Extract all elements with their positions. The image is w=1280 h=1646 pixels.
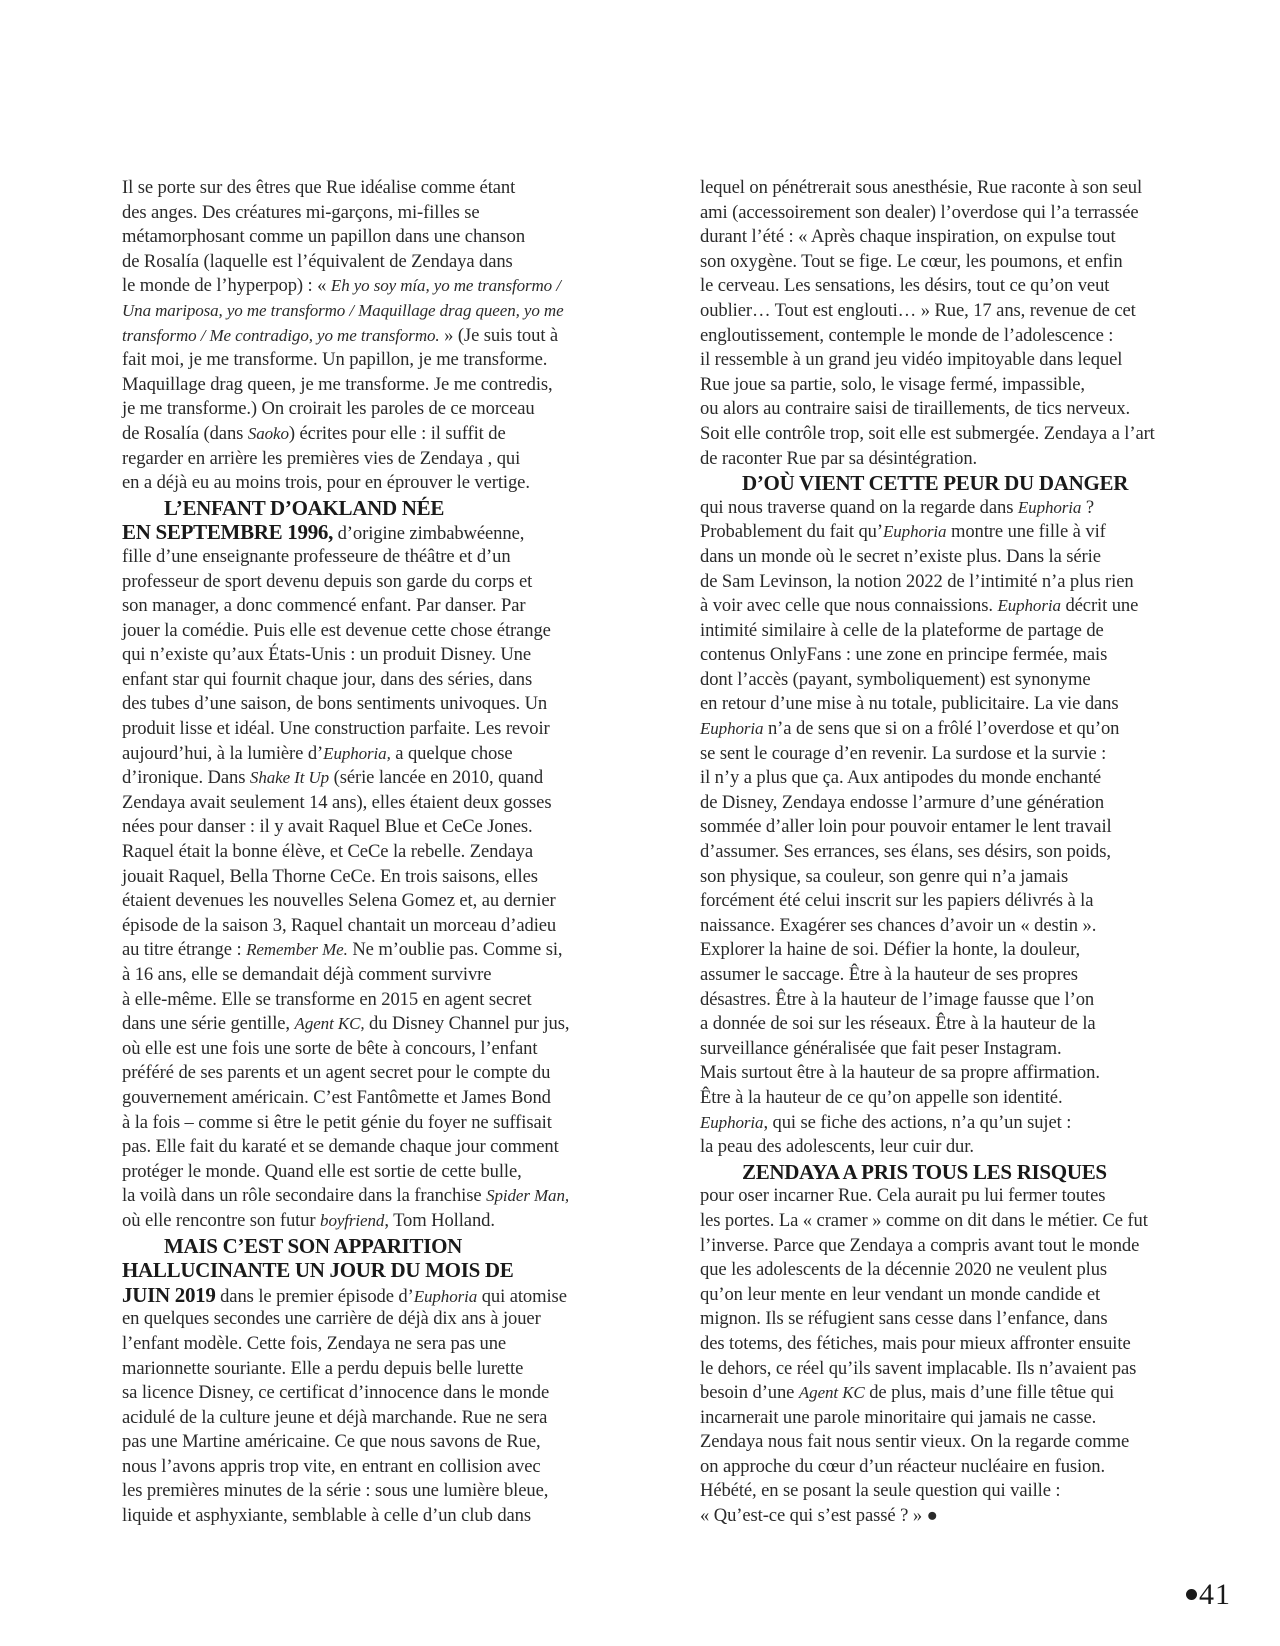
text-run: (série lancée en 2010, quand: [329, 767, 543, 788]
text-line: mignon. Ils se réfugient sans cesse dans…: [700, 1307, 1210, 1332]
bold-lead-text: EN SEPTEMBRE 1996,: [122, 520, 333, 544]
text-run: ZENDAYA A PRIS TOUS LES RISQUES: [742, 1160, 1107, 1184]
text-run: n’a de sens que si on a frôlé l’overdose…: [763, 718, 1119, 739]
text-line: regarder en arrière les premières vies d…: [122, 447, 612, 472]
text-run: enfant star qui fournit chaque jour, dan…: [122, 669, 532, 690]
text-run: le cerveau. Les sensations, les désirs, …: [700, 275, 1109, 296]
text-line: pour oser incarner Rue. Cela aurait pu l…: [700, 1184, 1210, 1209]
text-run: « Qu’est-ce qui s’est passé ? » ●: [700, 1505, 938, 1526]
text-run: où elle est une fois une sorte de bête à…: [122, 1038, 537, 1059]
text-line: des tubes d’une saison, de bons sentimen…: [122, 692, 612, 717]
text-run: où elle rencontre son futur: [122, 1210, 320, 1231]
text-line: transformo / Me contradigo, yo me transf…: [122, 324, 612, 349]
page-number: 41: [1186, 1578, 1231, 1612]
text-line: ou alors au contraire saisi de tiraillem…: [700, 397, 1210, 422]
italic-text: Euphoria: [883, 522, 946, 541]
text-line: fille d’une enseignante professeure de t…: [122, 545, 612, 570]
text-line: les premières minutes de la série : sous…: [122, 1479, 612, 1504]
text-line: les portes. La « cramer » comme on dit d…: [700, 1209, 1210, 1234]
text-run: oublier… Tout est englouti… » Rue, 17 an…: [700, 300, 1136, 321]
text-line: Zendaya nous fait nous sentir vieux. On …: [700, 1430, 1210, 1455]
italic-text: Remember Me.: [246, 940, 348, 959]
text-run: que les adolescents de la décennie 2020 …: [700, 1259, 1107, 1280]
text-run: pour oser incarner Rue. Cela aurait pu l…: [700, 1185, 1105, 1206]
text-line: oublier… Tout est englouti… » Rue, 17 an…: [700, 299, 1210, 324]
text-run: en retour d’une mise à nu totale, public…: [700, 693, 1119, 714]
text-line: Probablement du fait qu’Euphoria montre …: [700, 520, 1210, 545]
article-column-left: Il se porte sur des êtres que Rue idéali…: [122, 176, 612, 1529]
text-line: protéger le monde. Quand elle est sortie…: [122, 1160, 612, 1185]
text-run: épisode de la saison 3, Raquel chantait …: [122, 915, 556, 936]
text-run: qui nous traverse quand on la regarde da…: [700, 497, 1018, 518]
text-line: Euphoria, qui se fiche des actions, n’a …: [700, 1111, 1210, 1136]
text-run: Soit elle contrôle trop, soit elle est s…: [700, 423, 1155, 444]
text-run: des anges. Des créatures mi-garçons, mi-…: [122, 202, 480, 223]
text-run: à voir avec celle que nous connaissions.: [700, 595, 997, 616]
text-run: Probablement du fait qu’: [700, 521, 883, 542]
text-run: Explorer la haine de soi. Défier la hont…: [700, 939, 1080, 960]
text-run: de Sam Levinson, la notion 2022 de l’int…: [700, 571, 1134, 592]
page-number-text: 41: [1199, 1578, 1231, 1611]
text-run: D’OÙ VIENT CETTE PEUR DU DANGER: [742, 471, 1128, 495]
text-run: , qui se fiche des actions, n’a qu’un su…: [763, 1112, 1071, 1133]
text-run: ami (accessoirement son dealer) l’overdo…: [700, 202, 1139, 223]
text-line: Il se porte sur des êtres que Rue idéali…: [122, 176, 612, 201]
text-line: marionnette souriante. Elle a perdu depu…: [122, 1357, 612, 1382]
text-run: besoin d’une: [700, 1382, 799, 1403]
text-run: pas une Martine américaine. Ce que nous …: [122, 1431, 541, 1452]
text-line: des totems, des fétiches, mais pour mieu…: [700, 1332, 1210, 1357]
text-run: les premières minutes de la série : sous…: [122, 1480, 548, 1501]
text-line: Explorer la haine de soi. Défier la hont…: [700, 938, 1210, 963]
text-line: a donnée de soi sur les réseaux. Être à …: [700, 1012, 1210, 1037]
text-run: les portes. La « cramer » comme on dit d…: [700, 1210, 1148, 1231]
text-run: marionnette souriante. Elle a perdu depu…: [122, 1358, 523, 1379]
italic-text: Euphoria,: [323, 744, 391, 763]
text-run: Maquillage drag queen, je me transforme.…: [122, 374, 553, 395]
text-run: a quelque chose: [391, 743, 513, 764]
text-line: son oxygène. Tout se fige. Le cœur, les …: [700, 250, 1210, 275]
text-run: professeur de sport devenu depuis son ga…: [122, 571, 532, 592]
text-run: d’origine zimbabwéenne,: [333, 523, 524, 544]
text-line: ami (accessoirement son dealer) l’overdo…: [700, 201, 1210, 226]
italic-text: Eh yo soy mía, yo me transformo /: [331, 276, 561, 295]
text-run: L’ENFANT D’OAKLAND NÉE: [164, 496, 444, 520]
section-lead-heading: D’OÙ VIENT CETTE PEUR DU DANGER: [700, 471, 1210, 496]
text-line: étaient devenues les nouvelles Selena Go…: [122, 889, 612, 914]
text-line: dont l’accès (payant, symboliquement) es…: [700, 668, 1210, 693]
text-run: ?: [1081, 497, 1094, 518]
italic-text: Euphoria: [700, 719, 763, 738]
text-run: liquide et asphyxiante, semblable à cell…: [122, 1505, 531, 1526]
text-line: l’inverse. Parce que Zendaya a compris a…: [700, 1234, 1210, 1259]
italic-text: Agent KC: [799, 1383, 865, 1402]
text-run: intimité similaire à celle de la platefo…: [700, 620, 1104, 641]
text-line: acidulé de la culture jeune et déjà marc…: [122, 1406, 612, 1431]
text-line: à la fois – comme si être le petit génie…: [122, 1111, 612, 1136]
text-run: le dehors, ce réel qu’ils savent implaca…: [700, 1358, 1136, 1379]
text-line: Soit elle contrôle trop, soit elle est s…: [700, 422, 1210, 447]
text-line: enfant star qui fournit chaque jour, dan…: [122, 668, 612, 693]
text-line: de Rosalía (laquelle est l’équivalent de…: [122, 250, 612, 275]
text-run: Être à la hauteur de ce qu’on appelle so…: [700, 1087, 1063, 1108]
text-line: à 16 ans, elle se demandait déjà comment…: [122, 963, 612, 988]
italic-text: Shake It Up: [250, 768, 329, 787]
text-run: de Disney, Zendaya endosse l’armure d’un…: [700, 792, 1104, 813]
text-line: forcément été celui inscrit sur les papi…: [700, 889, 1210, 914]
text-line: nous l’avons appris trop vite, en entran…: [122, 1455, 612, 1480]
text-run: l’inverse. Parce que Zendaya a compris a…: [700, 1235, 1139, 1256]
text-run: mignon. Ils se réfugient sans cesse dans…: [700, 1308, 1107, 1329]
text-line: la voilà dans un rôle secondaire dans la…: [122, 1184, 612, 1209]
text-run: d’assumer. Ses errances, ses élans, ses …: [700, 841, 1111, 862]
text-line: le monde de l’hyperpop) : « Eh yo soy mí…: [122, 274, 612, 299]
italic-text: Euphoria: [700, 1113, 763, 1132]
bold-lead-text: JUIN 2019: [122, 1283, 216, 1307]
text-line: au titre étrange : Remember Me. Ne m’oub…: [122, 938, 612, 963]
text-run: je me transforme.) On croirait les parol…: [122, 398, 535, 419]
text-line: contenus OnlyFans : une zone en principe…: [700, 643, 1210, 668]
text-run: l’enfant modèle. Cette fois, Zendaya ne …: [122, 1333, 506, 1354]
text-run: montre une fille à vif: [946, 521, 1105, 542]
bullet-icon: [1186, 1589, 1197, 1600]
text-line: désastres. Être à la hauteur de l’image …: [700, 988, 1210, 1013]
section-lead-heading: ZENDAYA A PRIS TOUS LES RISQUES: [700, 1160, 1210, 1185]
text-run: préféré de ses parents et un agent secre…: [122, 1062, 550, 1083]
text-line: où elle est une fois une sorte de bête à…: [122, 1037, 612, 1062]
text-run: on approche du cœur d’un réacteur nucléa…: [700, 1456, 1105, 1477]
text-line: qui nous traverse quand on la regarde da…: [700, 496, 1210, 521]
text-run: de raconter Rue par sa désintégration.: [700, 448, 977, 469]
text-run: désastres. Être à la hauteur de l’image …: [700, 989, 1094, 1010]
italic-text: Euphoria: [414, 1287, 477, 1306]
text-line: liquide et asphyxiante, semblable à cell…: [122, 1504, 612, 1529]
text-line: durant l’été : « Après chaque inspiratio…: [700, 225, 1210, 250]
text-run: dans le premier épisode d’: [216, 1286, 414, 1307]
text-run: acidulé de la culture jeune et déjà marc…: [122, 1407, 547, 1428]
text-run: produit lisse et idéal. Une construction…: [122, 718, 550, 739]
text-run: HALLUCINANTE UN JOUR DU MOIS DE: [122, 1258, 514, 1282]
text-run: regarder en arrière les premières vies d…: [122, 448, 520, 469]
text-line: Raquel était la bonne élève, et CeCe la …: [122, 840, 612, 865]
text-run: la peau des adolescents, leur cuir dur.: [700, 1136, 974, 1157]
italic-text: Una mariposa, yo me transformo / Maquill…: [122, 301, 564, 320]
text-run: à la fois – comme si être le petit génie…: [122, 1112, 552, 1133]
text-line: engloutissement, contemple le monde de l…: [700, 324, 1210, 349]
text-run: Rue joue sa partie, solo, le visage ferm…: [700, 374, 1085, 395]
text-run: de Rosalía (laquelle est l’équivalent de…: [122, 251, 513, 272]
text-line: je me transforme.) On croirait les parol…: [122, 397, 612, 422]
text-run: dans une série gentille,: [122, 1013, 295, 1034]
text-run: nées pour danser : il y avait Raquel Blu…: [122, 816, 533, 837]
text-line: en quelques secondes une carrière de déj…: [122, 1307, 612, 1332]
text-run: fille d’une enseignante professeure de t…: [122, 546, 511, 567]
text-line: Être à la hauteur de ce qu’on appelle so…: [700, 1086, 1210, 1111]
article-column-right: lequel on pénétrerait sous anesthésie, R…: [700, 176, 1210, 1529]
text-line: de Disney, Zendaya endosse l’armure d’un…: [700, 791, 1210, 816]
text-line: d’ironique. Dans Shake It Up (série lanc…: [122, 766, 612, 791]
text-run: dans un monde où le secret n’existe plus…: [700, 546, 1101, 567]
text-line: jouait Raquel, Bella Thorne CeCe. En tro…: [122, 865, 612, 890]
text-line: sommée d’aller loin pour pouvoir entamer…: [700, 815, 1210, 840]
text-line: le cerveau. Les sensations, les désirs, …: [700, 274, 1210, 299]
text-line: Rue joue sa partie, solo, le visage ferm…: [700, 373, 1210, 398]
text-run: jouait Raquel, Bella Thorne CeCe. En tro…: [122, 866, 538, 887]
text-line: naissance. Exagérer ses chances d’avoir …: [700, 914, 1210, 939]
text-line: son manager, a donc commencé enfant. Par…: [122, 594, 612, 619]
text-run: décrit une: [1061, 595, 1138, 616]
text-line: préféré de ses parents et un agent secre…: [122, 1061, 612, 1086]
text-run: surveillance généralisée que fait peser …: [700, 1038, 1062, 1059]
text-line: de raconter Rue par sa désintégration.: [700, 447, 1210, 472]
text-line: pas. Elle fait du karaté et se demande c…: [122, 1135, 612, 1160]
text-line: épisode de la saison 3, Raquel chantait …: [122, 914, 612, 939]
text-run: a donnée de soi sur les réseaux. Être à …: [700, 1013, 1096, 1034]
text-line: des anges. Des créatures mi-garçons, mi-…: [122, 201, 612, 226]
section-lead-heading: MAIS C’EST SON APPARITION: [122, 1234, 612, 1259]
text-run: dont l’accès (payant, symboliquement) es…: [700, 669, 1091, 690]
italic-text: Euphoria: [1018, 498, 1081, 517]
text-run: son oxygène. Tout se fige. Le cœur, les …: [700, 251, 1123, 272]
text-run: jouer la comédie. Puis elle est devenue …: [122, 620, 551, 641]
text-line: nées pour danser : il y avait Raquel Blu…: [122, 815, 612, 840]
text-line: Maquillage drag queen, je me transforme.…: [122, 373, 612, 398]
text-line: son physique, sa couleur, son genre qui …: [700, 865, 1210, 890]
text-run: de plus, mais d’une fille têtue qui: [865, 1382, 1114, 1403]
text-run: il n’y a plus que ça. Aux antipodes du m…: [700, 767, 1101, 788]
text-line: métamorphosant comme un papillon dans un…: [122, 225, 612, 250]
text-run: gouvernement américain. C’est Fantômette…: [122, 1087, 551, 1108]
text-run: incarnerait une parole minoritaire qui j…: [700, 1407, 1096, 1428]
text-line: de Rosalía (dans Saoko) écrites pour ell…: [122, 422, 612, 447]
text-line: produit lisse et idéal. Une construction…: [122, 717, 612, 742]
text-run: des totems, des fétiches, mais pour mieu…: [700, 1333, 1131, 1354]
text-line: pas une Martine américaine. Ce que nous …: [122, 1430, 612, 1455]
italic-text: Agent KC,: [295, 1014, 365, 1033]
text-run: sa licence Disney, ce certificat d’innoc…: [122, 1382, 549, 1403]
text-run: il ressemble à un grand jeu vidéo impito…: [700, 349, 1122, 370]
text-line: l’enfant modèle. Cette fois, Zendaya ne …: [122, 1332, 612, 1357]
text-run: son manager, a donc commencé enfant. Par…: [122, 595, 525, 616]
text-line: Una mariposa, yo me transformo / Maquill…: [122, 299, 612, 324]
text-run: de Rosalía (dans: [122, 423, 248, 444]
text-line: dans un monde où le secret n’existe plus…: [700, 545, 1210, 570]
text-line: EN SEPTEMBRE 1996, d’origine zimbabwéenn…: [122, 520, 612, 545]
text-run: forcément été celui inscrit sur les papi…: [700, 890, 1093, 911]
text-run: , Tom Holland.: [384, 1210, 495, 1231]
text-run: ou alors au contraire saisi de tiraillem…: [700, 398, 1130, 419]
italic-text: Saoko: [248, 424, 289, 443]
text-line: à voir avec celle que nous connaissions.…: [700, 594, 1210, 619]
italic-text: transformo / Me contradigo, yo me transf…: [122, 326, 440, 345]
text-line: assumer le saccage. Être à la hauteur de…: [700, 963, 1210, 988]
text-line: aujourd’hui, à la lumière d’Euphoria, a …: [122, 742, 612, 767]
text-line: on approche du cœur d’un réacteur nucléa…: [700, 1455, 1210, 1480]
text-run: le monde de l’hyperpop) : «: [122, 275, 331, 296]
text-line: Euphoria n’a de sens que si on a frôlé l…: [700, 717, 1210, 742]
text-run: aujourd’hui, à la lumière d’: [122, 743, 323, 764]
text-line: lequel on pénétrerait sous anesthésie, R…: [700, 176, 1210, 201]
section-lead-heading: HALLUCINANTE UN JOUR DU MOIS DE: [122, 1258, 612, 1283]
text-run: se sent le courage d’en revenir. La surd…: [700, 743, 1106, 764]
italic-text: Spider Man,: [486, 1186, 569, 1205]
text-line: qui n’existe qu’aux États-Unis : un prod…: [122, 643, 612, 668]
italic-text: boyfriend: [320, 1211, 384, 1230]
text-line: fait moi, je me transforme. Un papillon,…: [122, 348, 612, 373]
text-run: Hébété, en se posant la seule question q…: [700, 1480, 1060, 1501]
text-line: « Qu’est-ce qui s’est passé ? » ●: [700, 1504, 1210, 1529]
text-line: dans une série gentille, Agent KC, du Di…: [122, 1012, 612, 1037]
text-line: qu’on leur mente en leur vendant un mond…: [700, 1283, 1210, 1308]
text-run: Mais surtout être à la hauteur de sa pro…: [700, 1062, 1100, 1083]
text-line: en retour d’une mise à nu totale, public…: [700, 692, 1210, 717]
text-line: JUIN 2019 dans le premier épisode d’Euph…: [122, 1283, 612, 1308]
text-run: nous l’avons appris trop vite, en entran…: [122, 1456, 541, 1477]
text-run: Zendaya nous fait nous sentir vieux. On …: [700, 1431, 1129, 1452]
text-run: engloutissement, contemple le monde de l…: [700, 325, 1113, 346]
text-run: métamorphosant comme un papillon dans un…: [122, 226, 525, 247]
text-run: d’ironique. Dans: [122, 767, 250, 788]
text-line: besoin d’une Agent KC de plus, mais d’un…: [700, 1381, 1210, 1406]
text-run: protéger le monde. Quand elle est sortie…: [122, 1161, 522, 1182]
text-line: de Sam Levinson, la notion 2022 de l’int…: [700, 570, 1210, 595]
text-run: » (Je suis tout à: [440, 325, 559, 346]
text-line: jouer la comédie. Puis elle est devenue …: [122, 619, 612, 644]
text-run: à elle-même. Elle se transforme en 2015 …: [122, 989, 532, 1010]
text-line: sa licence Disney, ce certificat d’innoc…: [122, 1381, 612, 1406]
text-run: au titre étrange :: [122, 939, 246, 960]
text-line: d’assumer. Ses errances, ses élans, ses …: [700, 840, 1210, 865]
text-line: Mais surtout être à la hauteur de sa pro…: [700, 1061, 1210, 1086]
text-run: durant l’été : « Après chaque inspiratio…: [700, 226, 1116, 247]
text-run: qu’on leur mente en leur vendant un mond…: [700, 1284, 1100, 1305]
text-run: en a déjà eu au moins trois, pour en épr…: [122, 472, 530, 493]
text-run: qui n’existe qu’aux États-Unis : un prod…: [122, 644, 531, 665]
text-line: en a déjà eu au moins trois, pour en épr…: [122, 471, 612, 496]
text-run: MAIS C’EST SON APPARITION: [164, 1234, 462, 1258]
text-run: en quelques secondes une carrière de déj…: [122, 1308, 541, 1329]
text-run: du Disney Channel pur jus,: [364, 1013, 569, 1034]
text-run: à 16 ans, elle se demandait déjà comment…: [122, 964, 491, 985]
text-line: gouvernement américain. C’est Fantômette…: [122, 1086, 612, 1111]
text-run: étaient devenues les nouvelles Selena Go…: [122, 890, 556, 911]
text-run: sommée d’aller loin pour pouvoir entamer…: [700, 816, 1112, 837]
text-run: assumer le saccage. Être à la hauteur de…: [700, 964, 1078, 985]
text-line: il n’y a plus que ça. Aux antipodes du m…: [700, 766, 1210, 791]
text-line: incarnerait une parole minoritaire qui j…: [700, 1406, 1210, 1431]
text-run: Il se porte sur des êtres que Rue idéali…: [122, 177, 515, 198]
text-run: Ne m’oublie pas. Comme si,: [348, 939, 563, 960]
text-run: la voilà dans un rôle secondaire dans la…: [122, 1185, 486, 1206]
text-line: que les adolescents de la décennie 2020 …: [700, 1258, 1210, 1283]
text-run: lequel on pénétrerait sous anesthésie, R…: [700, 177, 1142, 198]
text-run: des tubes d’une saison, de bons sentimen…: [122, 693, 547, 714]
italic-text: Euphoria: [997, 596, 1060, 615]
text-line: surveillance généralisée que fait peser …: [700, 1037, 1210, 1062]
text-line: la peau des adolescents, leur cuir dur.: [700, 1135, 1210, 1160]
text-line: il ressemble à un grand jeu vidéo impito…: [700, 348, 1210, 373]
text-run: son physique, sa couleur, son genre qui …: [700, 866, 1068, 887]
text-run: contenus OnlyFans : une zone en principe…: [700, 644, 1107, 665]
text-run: fait moi, je me transforme. Un papillon,…: [122, 349, 547, 370]
text-run: Raquel était la bonne élève, et CeCe la …: [122, 841, 533, 862]
text-run: ) écrites pour elle : il suffit de: [289, 423, 506, 444]
text-line: où elle rencontre son futur boyfriend, T…: [122, 1209, 612, 1234]
text-line: se sent le courage d’en revenir. La surd…: [700, 742, 1210, 767]
text-line: le dehors, ce réel qu’ils savent implaca…: [700, 1357, 1210, 1382]
text-run: Zendaya avait seulement 14 ans), elles é…: [122, 792, 551, 813]
text-line: à elle-même. Elle se transforme en 2015 …: [122, 988, 612, 1013]
text-run: qui atomise: [477, 1286, 567, 1307]
text-run: naissance. Exagérer ses chances d’avoir …: [700, 915, 1096, 936]
text-run: pas. Elle fait du karaté et se demande c…: [122, 1136, 559, 1157]
section-lead-heading: L’ENFANT D’OAKLAND NÉE: [122, 496, 612, 521]
text-line: Zendaya avait seulement 14 ans), elles é…: [122, 791, 612, 816]
text-line: intimité similaire à celle de la platefo…: [700, 619, 1210, 644]
text-line: Hébété, en se posant la seule question q…: [700, 1479, 1210, 1504]
text-line: professeur de sport devenu depuis son ga…: [122, 570, 612, 595]
